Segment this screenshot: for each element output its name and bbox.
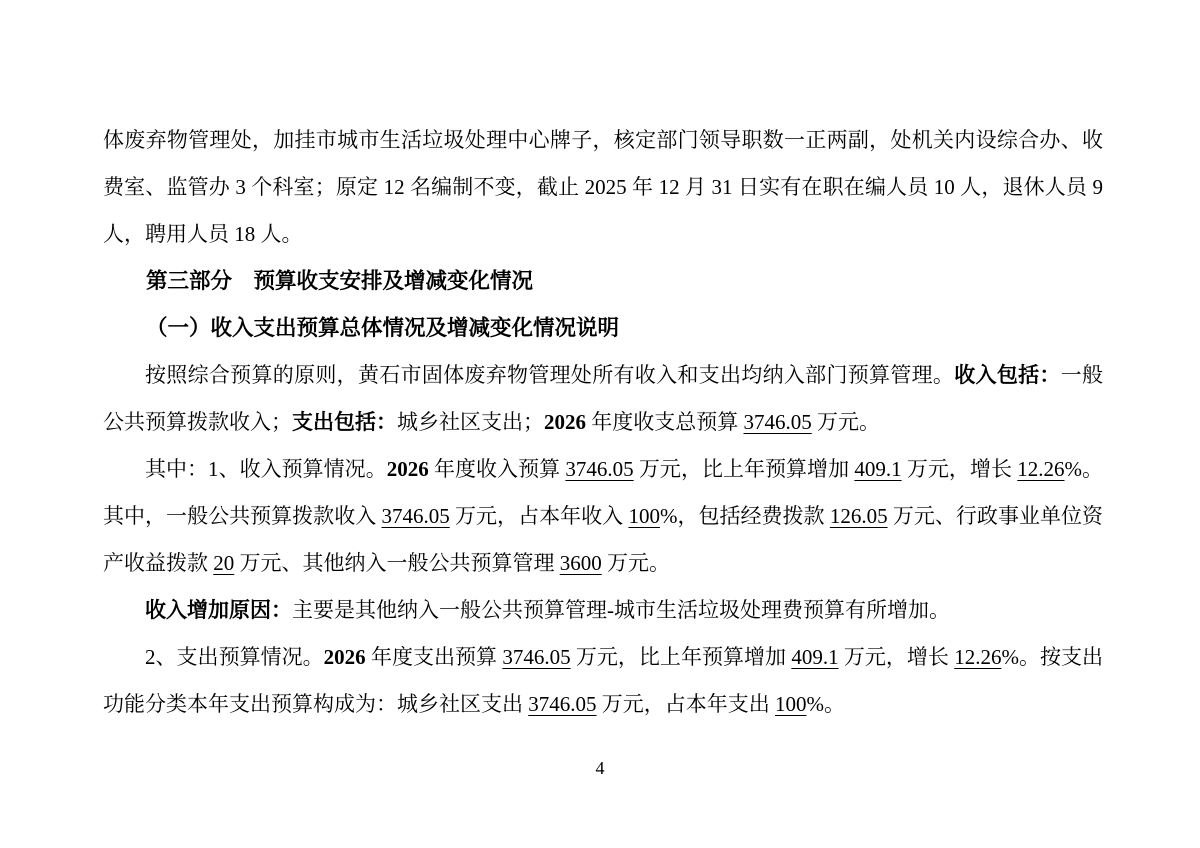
paragraph: 按照综合预算的原则，黄石市固体废弃物管理处所有收入和支出均纳入部门预算管理。收入… [103,352,1103,446]
text-run: 年度收支总预算 [586,410,744,434]
section-heading: 第三部分 预算收支安排及增减变化情况 [103,258,1103,305]
underlined-value: 3746.05 [502,645,570,669]
text-run: 万元。 [812,410,880,434]
text-run: 万元，占本年支出 [597,692,776,716]
text-run: 按照综合预算的原则，黄石市固体废弃物管理处所有收入和支出均纳入部门预算管理。 [145,363,954,387]
text-run: 主要是其他纳入一般公共预算管理-城市生活垃圾处理费预算有所增加。 [292,598,950,622]
bold-text-run: 2026 [387,457,429,481]
document-page: 体废弃物管理处，加挂市城市生活垃圾处理中心牌子，核定部门领导职数一正两副，处机关… [0,0,1200,848]
text-run: 万元，增长 [839,645,955,669]
paragraph: 收入增加原因：主要是其他纳入一般公共预算管理-城市生活垃圾处理费预算有所增加。 [103,587,1103,634]
text-run: %。 [807,692,846,716]
document-body: 体废弃物管理处，加挂市城市生活垃圾处理中心牌子，核定部门领导职数一正两副，处机关… [103,117,1103,728]
underlined-value: 12.26 [954,645,1001,669]
text-run: 万元。 [602,551,670,575]
bold-text-run: 第三部分 预算收支安排及增减变化情况 [146,269,533,293]
underlined-value: 3746.05 [565,457,633,481]
underlined-value: 100 [628,504,660,528]
text-run: 年度支出预算 [366,645,503,669]
bold-text-run: 2026 [324,645,366,669]
text-run: 城乡社区支出； [397,410,544,434]
text-run: 其中：1、收入预算情况。 [145,457,387,481]
underlined-value: 12.26 [1017,457,1064,481]
underlined-value: 100 [775,692,807,716]
paragraph: 其中：1、收入预算情况。2026 年度收入预算 3746.05 万元，比上年预算… [103,446,1103,587]
section-heading: （一）收入支出预算总体情况及增减变化情况说明 [103,305,1103,352]
text-run: 年度收入预算 [429,457,566,481]
text-run: 万元、其他纳入一般公共预算管理 [234,551,560,575]
underlined-value: 3746.05 [528,692,596,716]
underlined-value: 409.1 [791,645,838,669]
underlined-value: 3746.05 [382,504,450,528]
bold-text-run: 收入包括： [954,364,1060,387]
text-run: 万元，增长 [902,457,1018,481]
bold-text-run: 支出包括： [292,411,397,434]
underlined-value: 3600 [560,551,602,575]
paragraph: 体废弃物管理处，加挂市城市生活垃圾处理中心牌子，核定部门领导职数一正两副，处机关… [103,117,1103,258]
underlined-value: 409.1 [854,457,901,481]
underlined-value: 20 [213,551,234,575]
text-run: 万元，比上年预算增加 [571,645,792,669]
paragraph: 2、支出预算情况。2026 年度支出预算 3746.05 万元，比上年预算增加 … [103,634,1103,728]
text-run: 体废弃物管理处，加挂市城市生活垃圾处理中心牌子，核定部门领导职数一正两副，处机关… [103,128,1103,246]
bold-text-run: 收入增加原因： [145,599,292,622]
page-number: 4 [596,758,605,778]
underlined-value: 126.05 [830,504,888,528]
underlined-value: 3746.05 [744,410,812,434]
text-run: 万元，占本年收入 [450,504,629,528]
text-run: 万元，比上年预算增加 [634,457,855,481]
text-run: 2、支出预算情况。 [145,645,324,669]
page-footer: 4 [0,756,1200,780]
bold-text-run: 2026 [544,410,586,434]
bold-text-run: （一）收入支出预算总体情况及增减变化情况说明 [146,316,619,340]
text-run: %，包括经费拨款 [660,504,830,528]
